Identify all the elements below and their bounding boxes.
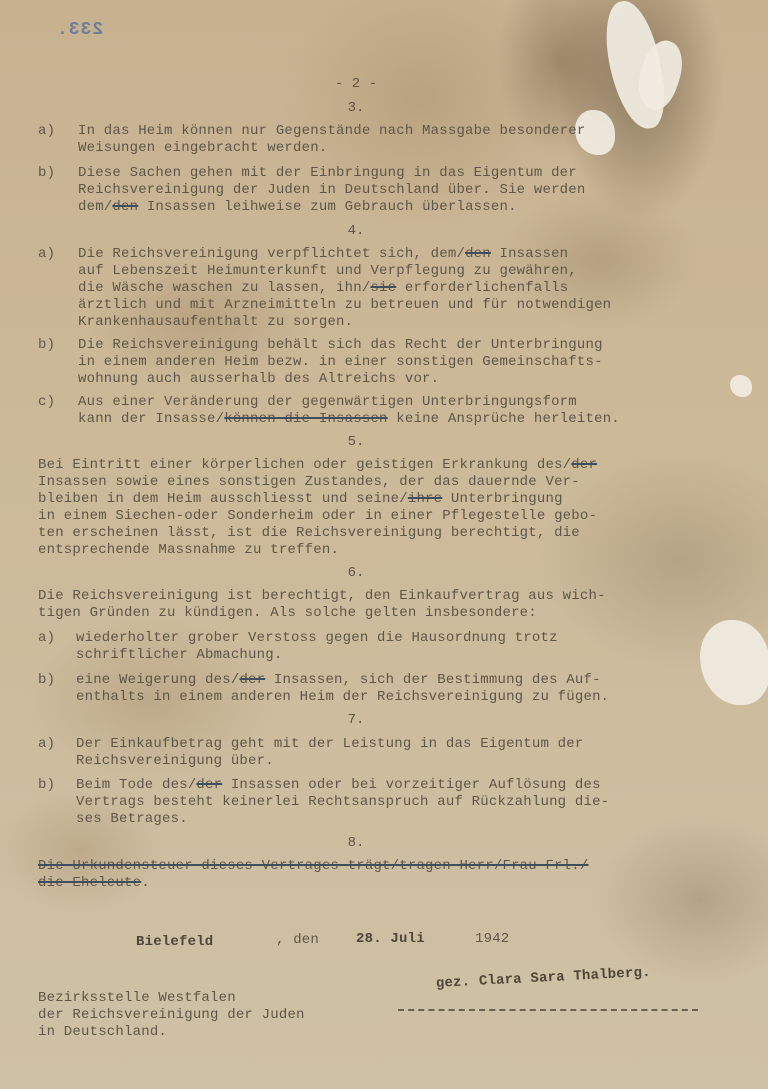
section-7b-line: ses Betrages. [76,811,188,828]
issuer-line: der Reichsvereinigung der Juden [38,1007,305,1024]
section-7a-line: Der Einkaufbetrag geht mit der Leistung … [76,736,583,753]
section-4c-label: c) [38,394,55,411]
section-4c-line: Aus einer Veränderung der gegenwärtigen … [78,394,577,411]
section-5-line: entsprechende Massnahme zu treffen. [38,542,339,559]
section-4a-line: auf Lebenszeit Heimunterkunft und Verpfl… [78,263,577,280]
struck-text: den [465,246,491,262]
section-4b-line: in einem anderen Heim bezw. in einer son… [78,354,603,371]
section-6-intro-line: Die Reichsvereinigung ist berechtigt, de… [38,588,606,605]
struck-text: der [239,672,265,688]
section-6a-label: a) [38,630,55,647]
section-5-line: in einem Siechen-oder Sonderheim oder in… [38,508,597,525]
struck-text: Die Urkundensteuer dieses Vertrages träg… [38,858,589,874]
section-5-line: ten erscheinen lässt, ist die Reichsvere… [38,525,580,542]
struck-text: der [196,777,222,793]
struck-text: ihre [408,491,442,507]
section-7b-label: b) [38,777,55,794]
section-4b-line: wohnung auch ausserhalb des Altreichs vo… [78,371,439,388]
section-3a-line: Weisungen eingebracht werden. [78,140,327,157]
section-3a-label: a) [38,123,55,140]
section-4c-line: kann der Insasse/können die Insassen kei… [78,411,620,428]
section-6b-line: enthalts in einem anderen Heim der Reich… [76,689,609,706]
signature-line [398,1009,698,1011]
section-4b-line: Die Reichsvereinigung behält sich das Re… [78,337,603,354]
struck-text: den [112,199,138,215]
section-4a-label: a) [38,246,55,263]
section-8-line: Die Urkundensteuer dieses Vertrages träg… [38,858,589,875]
section-3a-line: In das Heim können nur Gegenstände nach … [78,123,585,140]
section-7a-line: Reichsvereinigung über. [76,753,274,770]
section-4b-label: b) [38,337,55,354]
struck-text: sie [370,280,396,296]
section-7a-label: a) [38,736,55,753]
section-3b-label: b) [38,165,55,182]
date-den: , den [276,932,319,949]
section-3-number: 3. [0,100,712,116]
section-5-line: Insassen sowie eines sonstigen Zustandes… [38,474,580,491]
section-6a-line: wiederholter grober Verstoss gegen die H… [76,630,558,647]
issuer-line: in Deutschland. [38,1024,167,1041]
section-3b-line: Reichsvereinigung der Juden in Deutschla… [78,182,585,199]
section-5-number: 5. [0,434,712,450]
section-4a-line: Die Reichsvereinigung verpflichtet sich,… [78,246,568,263]
section-6a-line: schriftlicher Abmachung. [76,647,282,664]
date-day-month: 28. Juli [356,931,425,948]
issuer-line: Bezirksstelle Westfalen [38,990,236,1007]
section-3b-line: Diese Sachen gehen mit der Einbringung i… [78,165,577,182]
section-7b-line: Beim Tode des/der Insassen oder bei vorz… [76,777,601,794]
section-7-number: 7. [0,712,712,728]
struck-text: der [571,457,597,473]
page-number: - 2 - [0,76,712,92]
section-3b-line: dem/den Insassen leihweise zum Gebrauch … [78,199,517,216]
struck-text: die Eheleute [38,875,141,891]
section-8-number: 8. [0,835,712,851]
section-6b-line: eine Weigerung des/der Insassen, sich de… [76,672,601,689]
section-4a-line: die Wäsche waschen zu lassen, ihn/sie er… [78,280,568,297]
section-5-line: bleiben in dem Heim ausschliesst und sei… [38,491,563,508]
signature: gez. Clara Sara Thalberg. [436,965,652,993]
struck-text: können die Insassen [224,411,387,427]
section-6-number: 6. [0,565,712,581]
section-4a-line: ärztlich und mit Arzneimitteln zu betreu… [78,297,611,314]
section-4a-line: Krankenhausaufenthalt zu sorgen. [78,314,353,331]
section-4-number: 4. [0,223,712,239]
section-5-line: Bei Eintritt einer körperlichen oder gei… [38,457,597,474]
place: Bielefeld [136,934,213,951]
date-year: 1942 [475,931,509,948]
section-8-line: die Eheleute. [38,875,150,892]
archive-stamp-number: 233. [56,20,103,40]
section-6-intro-line: tigen Gründen zu kündigen. Als solche ge… [38,605,537,622]
section-6b-label: b) [38,672,55,689]
section-7b-line: Vertrags besteht keinerlei Rechtsanspruc… [76,794,609,811]
